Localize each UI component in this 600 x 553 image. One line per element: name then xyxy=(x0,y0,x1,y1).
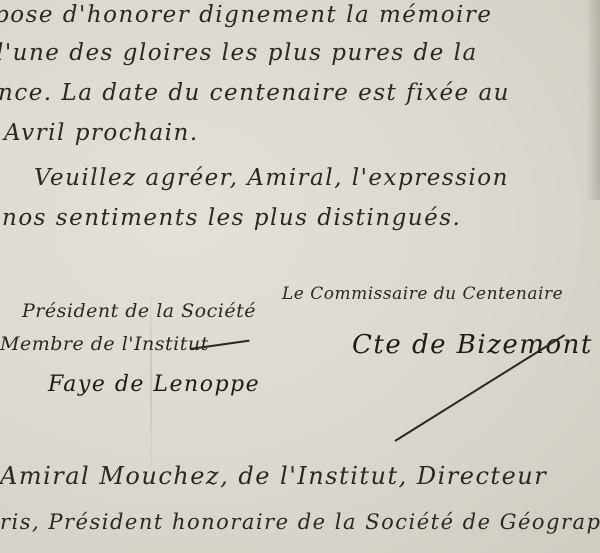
body-line-4: Avril prochain. xyxy=(4,120,199,146)
president-signature: Faye de Lenoppe xyxy=(48,372,260,397)
page-edge-shadow xyxy=(586,0,600,200)
body-line-3: nce. La date du centenaire est fixée au xyxy=(0,80,510,106)
address-line-1: Amiral Mouchez, de l'Institut, Directeur xyxy=(0,462,547,490)
body-line-5: Veuillez agréer, Amiral, l'expression xyxy=(34,165,509,191)
body-line-6: nos sentiments les plus distingués. xyxy=(2,205,461,231)
body-line-2: l'une des gloires les plus pures de la xyxy=(0,40,478,66)
commissaire-title: Le Commissaire du Centenaire xyxy=(282,284,563,304)
commissaire-signature: Cte de Bizemont xyxy=(352,330,593,360)
letter-page: pose d'honorer dignement la mémoire l'un… xyxy=(0,0,600,553)
body-line-1: pose d'honorer dignement la mémoire xyxy=(0,2,493,28)
institut-title: Membre de l'Institut xyxy=(0,333,209,355)
address-line-2: ris, Président honoraire de la Société d… xyxy=(0,510,600,534)
president-title: Président de la Société xyxy=(22,300,256,322)
